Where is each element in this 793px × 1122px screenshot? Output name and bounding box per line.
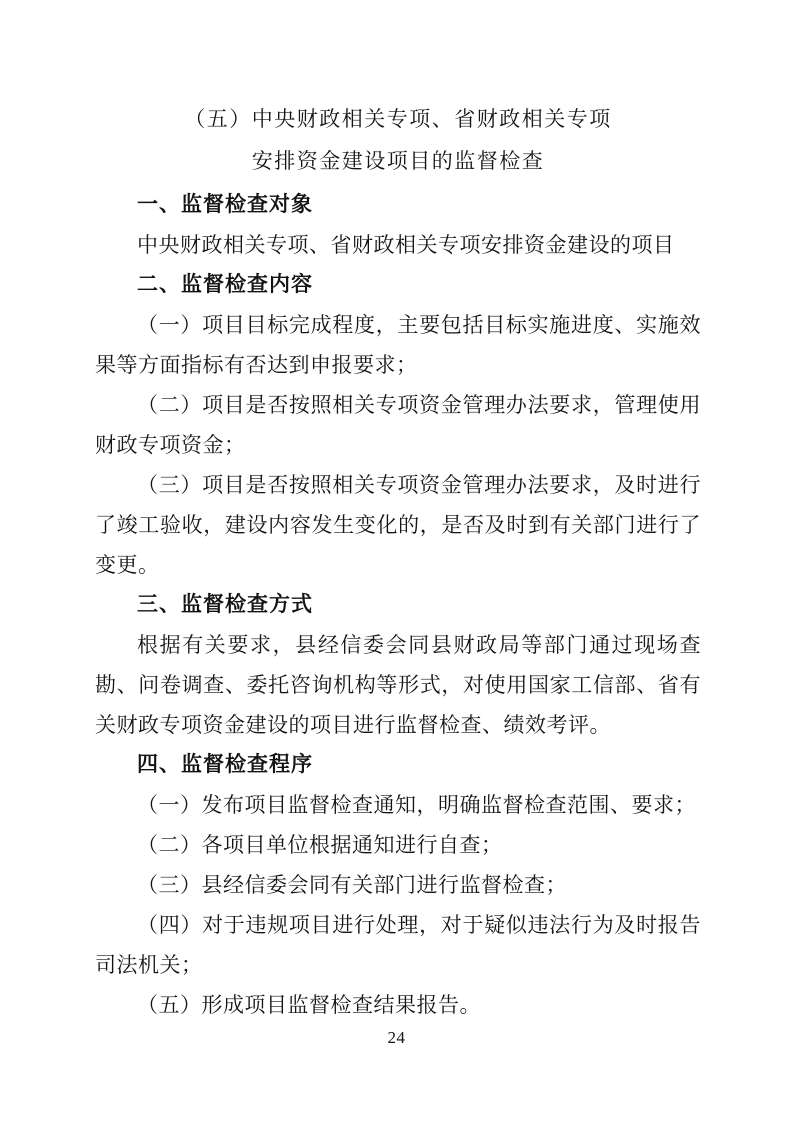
section-3-paragraph: 根据有关要求，县经信委会同县财政局等部门通过现场查勘、问卷调查、委托咨询机构等形… — [95, 625, 701, 745]
section-4-paragraph-1: （一）发布项目监督检查通知，明确监督检查范围、要求； — [95, 785, 701, 825]
section-heading-1: 一、监督检查对象 — [95, 185, 701, 225]
section-heading-2: 二、监督检查内容 — [95, 265, 701, 305]
section-4-paragraph-5: （五）形成项目监督检查结果报告。 — [95, 985, 701, 1025]
document-content: （五）中央财政相关专项、省财政相关专项 安排资金建设项目的监督检查 一、监督检查… — [95, 98, 701, 1025]
page-number: 24 — [0, 1028, 793, 1048]
document-title: （五）中央财政相关专项、省财政相关专项 安排资金建设项目的监督检查 — [95, 98, 701, 182]
section-4-paragraph-2: （二）各项目单位根据通知进行自查； — [95, 825, 701, 865]
section-2-paragraph-2: （二）项目是否按照相关专项资金管理办法要求，管理使用财政专项资金； — [95, 385, 701, 465]
section-2-paragraph-3: （三）项目是否按照相关专项资金管理办法要求，及时进行了竣工验收，建设内容发生变化… — [95, 465, 701, 585]
document-title-line-1: （五）中央财政相关专项、省财政相关专项 — [95, 98, 701, 140]
section-1-paragraph: 中央财政相关专项、省财政相关专项安排资金建设的项目 — [95, 225, 701, 265]
document-title-line-2: 安排资金建设项目的监督检查 — [95, 140, 701, 182]
document-page: （五）中央财政相关专项、省财政相关专项 安排资金建设项目的监督检查 一、监督检查… — [0, 0, 793, 1122]
section-4-paragraph-3: （三）县经信委会同有关部门进行监督检查； — [95, 865, 701, 905]
section-4-paragraph-4: （四）对于违规项目进行处理，对于疑似违法行为及时报告司法机关； — [95, 905, 701, 985]
section-2-paragraph-1: （一）项目目标完成程度，主要包括目标实施进度、实施效果等方面指标有否达到申报要求… — [95, 305, 701, 385]
section-heading-4: 四、监督检查程序 — [95, 745, 701, 785]
section-heading-3: 三、监督检查方式 — [95, 585, 701, 625]
